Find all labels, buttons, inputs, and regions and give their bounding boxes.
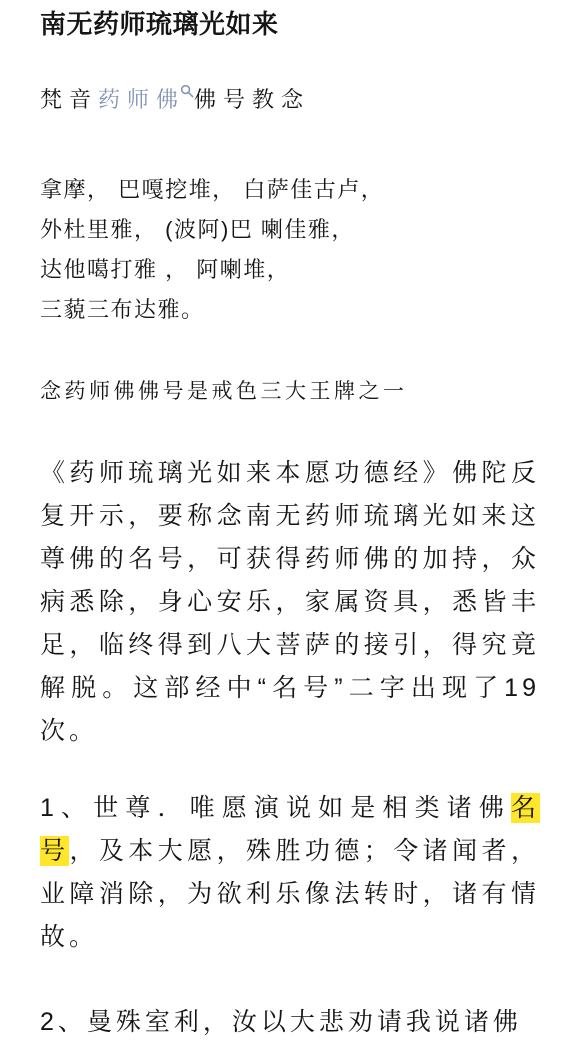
mantra-line: 拿摩， 巴嘎挖堆， 白萨佳古卢， (40, 170, 540, 210)
list-item-1: 1、世尊．唯愿演说如是相类诸佛名号，及本大愿，殊胜功德；令诸闻者，业障消除，为欲… (40, 787, 540, 959)
mantra-block: 拿摩， 巴嘎挖堆， 白萨佳古卢， 外杜里雅， (波阿)巴 喇佳雅， 达他噶打雅 … (40, 170, 540, 330)
entity-search-link[interactable]: 药师佛 (98, 87, 194, 112)
entity-link-text[interactable]: 药师佛 (98, 87, 185, 112)
list-item-2: 2、曼殊室利，汝以大悲劝请我说诸佛 (40, 1001, 540, 1042)
mantra-line: 达他噶打雅 ， 阿喇堆， (40, 250, 540, 290)
section-kicker: 念药师佛佛号是戒色三大王牌之一 (40, 376, 540, 408)
subtitle-line: 梵音药师佛佛号教念 (40, 84, 540, 116)
mantra-line: 外杜里雅， (波阿)巴 喇佳雅， (40, 210, 540, 250)
list-item-1-pre: 1、世尊．唯愿演说如是相类诸佛 (40, 794, 511, 822)
article: 南无药师琉璃光如来 梵音药师佛佛号教念 拿摩， 巴嘎挖堆， 白萨佳古卢， 外杜里… (40, 8, 540, 1042)
list-item-1-post: ，及本大愿，殊胜功德；令诸闻者，业障消除，为欲利乐像法转时，诸有情故。 (40, 837, 540, 951)
search-icon[interactable] (180, 75, 194, 107)
mantra-line: 三藐三布达雅。 (40, 290, 540, 330)
subtitle-prefix: 梵音 (40, 87, 98, 112)
body-paragraph: 《药师琉璃光如来本愿功德经》佛陀反复开示，要称念南无药师琉璃光如来这尊佛的名号，… (40, 452, 540, 753)
subtitle-suffix: 佛号教念 (194, 87, 310, 112)
article-title: 南无药师琉璃光如来 (40, 8, 540, 40)
